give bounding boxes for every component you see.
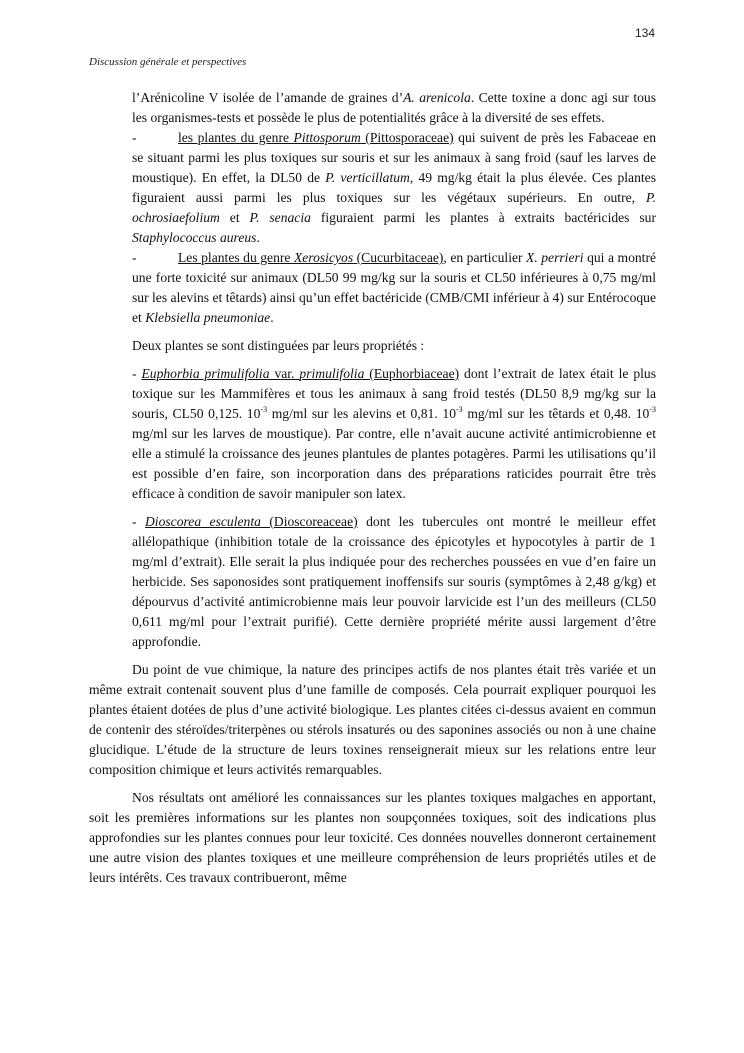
genus-heading: Les plantes du genre Xerosicyos (Cucurbi… (178, 250, 443, 265)
list-item-dioscorea: - Dioscorea esculenta (Dioscoreaceae) do… (132, 512, 656, 652)
list-item-euphorbia: - Euphorbia primulifolia var. primulifol… (132, 364, 656, 504)
paragraph-results: Nos résultats ont amélioré les connaissa… (89, 788, 656, 888)
running-header: Discussion générale et perspectives (89, 56, 246, 68)
paragraph-arenicoline: l’Arénicoline V isolée de l’amande de gr… (132, 88, 656, 128)
list-item-pittosporum: -les plantes du genre Pittosporum (Pitto… (132, 128, 656, 248)
document-body: l’Arénicoline V isolée de l’amande de gr… (89, 88, 656, 888)
paragraph-chemistry: Du point de vue chimique, la nature des … (89, 660, 656, 780)
list-item-xerosicyos: -Les plantes du genre Xerosicyos (Cucurb… (132, 248, 656, 328)
species-heading: Dioscorea esculenta (Dioscoreaceae) (145, 514, 358, 529)
page-number: 134 (635, 26, 655, 40)
species-heading: Euphorbia primulifolia var. primulifolia… (141, 366, 459, 381)
bullet-dash: - (132, 128, 178, 148)
paragraph-two-plants: Deux plantes se sont distinguées par leu… (132, 336, 656, 356)
bullet-dash: - (132, 248, 178, 268)
genus-heading: les plantes du genre Pittosporum (Pittos… (178, 130, 454, 145)
